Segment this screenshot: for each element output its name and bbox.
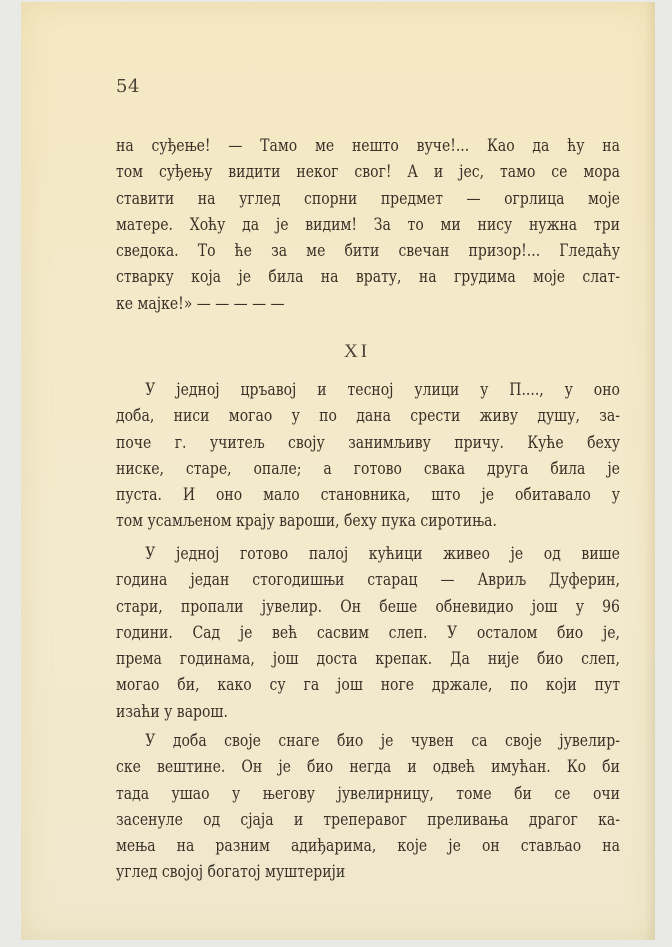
- text-line: засенуле од сјаја и треперавог преливања…: [116, 807, 620, 833]
- text-line: тада ушао у његову јувелирницу, томе би …: [116, 781, 620, 807]
- text-line: ставити на углед спорни предмет — огрлиц…: [116, 186, 620, 212]
- text-line: поче г. учитељ своју занимљиву причу. Ку…: [116, 430, 620, 456]
- text-line: углед својој богатој муштерији: [116, 859, 620, 885]
- text-line: У једној готово палој кућици живео је од…: [116, 541, 620, 567]
- text-line: могао би, како су га још ноге држале, по…: [116, 672, 620, 698]
- text-line: стварку која је била на врату, на грудим…: [116, 264, 620, 290]
- text-line: години. Сад је већ сасвим слеп. У остало…: [116, 620, 620, 646]
- text-line: на суђење! — Тамо ме нешто вуче!... Као …: [116, 133, 620, 159]
- text-line: пуста. И оно мало становника, што је оби…: [116, 482, 620, 508]
- text-line: сведока. То ће за ме бити свечан призор!…: [116, 238, 620, 264]
- text-line: ке мајке!» — — — — —: [116, 291, 620, 317]
- text-line: У доба своје снаге био је чувен са своје…: [116, 728, 620, 754]
- text-line: матере. Хоћу да је видим! За то ми нису …: [116, 212, 620, 238]
- book-page: 54 на суђење! — Тамо ме нешто вуче!... К…: [21, 2, 655, 940]
- text-line: том усамљеном крају вароши, беху пука си…: [116, 508, 620, 534]
- text-line: изаћи у варош.: [116, 699, 620, 725]
- chapter-heading: XI: [21, 341, 672, 363]
- text-line: У једној цръавој и тесној улици у П....,…: [116, 377, 620, 403]
- page-number: 54: [116, 76, 140, 97]
- paragraph: У доба своје снаге био је чувен са своје…: [116, 728, 549, 886]
- text-line: ниске, старе, опале; а готово свака друг…: [116, 456, 620, 482]
- text-line: према годинама, још доста крепак. Да ниј…: [116, 646, 620, 672]
- text-line: том суђењу видити неког свог! А и јес, т…: [116, 159, 620, 185]
- text-line: доба, ниси могао у по дана срести живу д…: [116, 403, 620, 429]
- text-line: година један стогодишњи старац — Авриљ Д…: [116, 567, 620, 593]
- paragraph: У једној готово палој кућици живео је од…: [116, 541, 549, 725]
- text-line: стари, пропали јувелир. Он беше обневиди…: [116, 594, 620, 620]
- text-line: ске вештине. Он је био негда и одвећ иму…: [116, 754, 620, 780]
- text-line: мења на разним адиђарима, које је он ста…: [116, 833, 620, 859]
- paragraph-continuation: на суђење! — Тамо ме нешто вуче!... Као …: [116, 133, 549, 317]
- paragraph: У једној цръавој и тесној улици у П....,…: [116, 377, 549, 535]
